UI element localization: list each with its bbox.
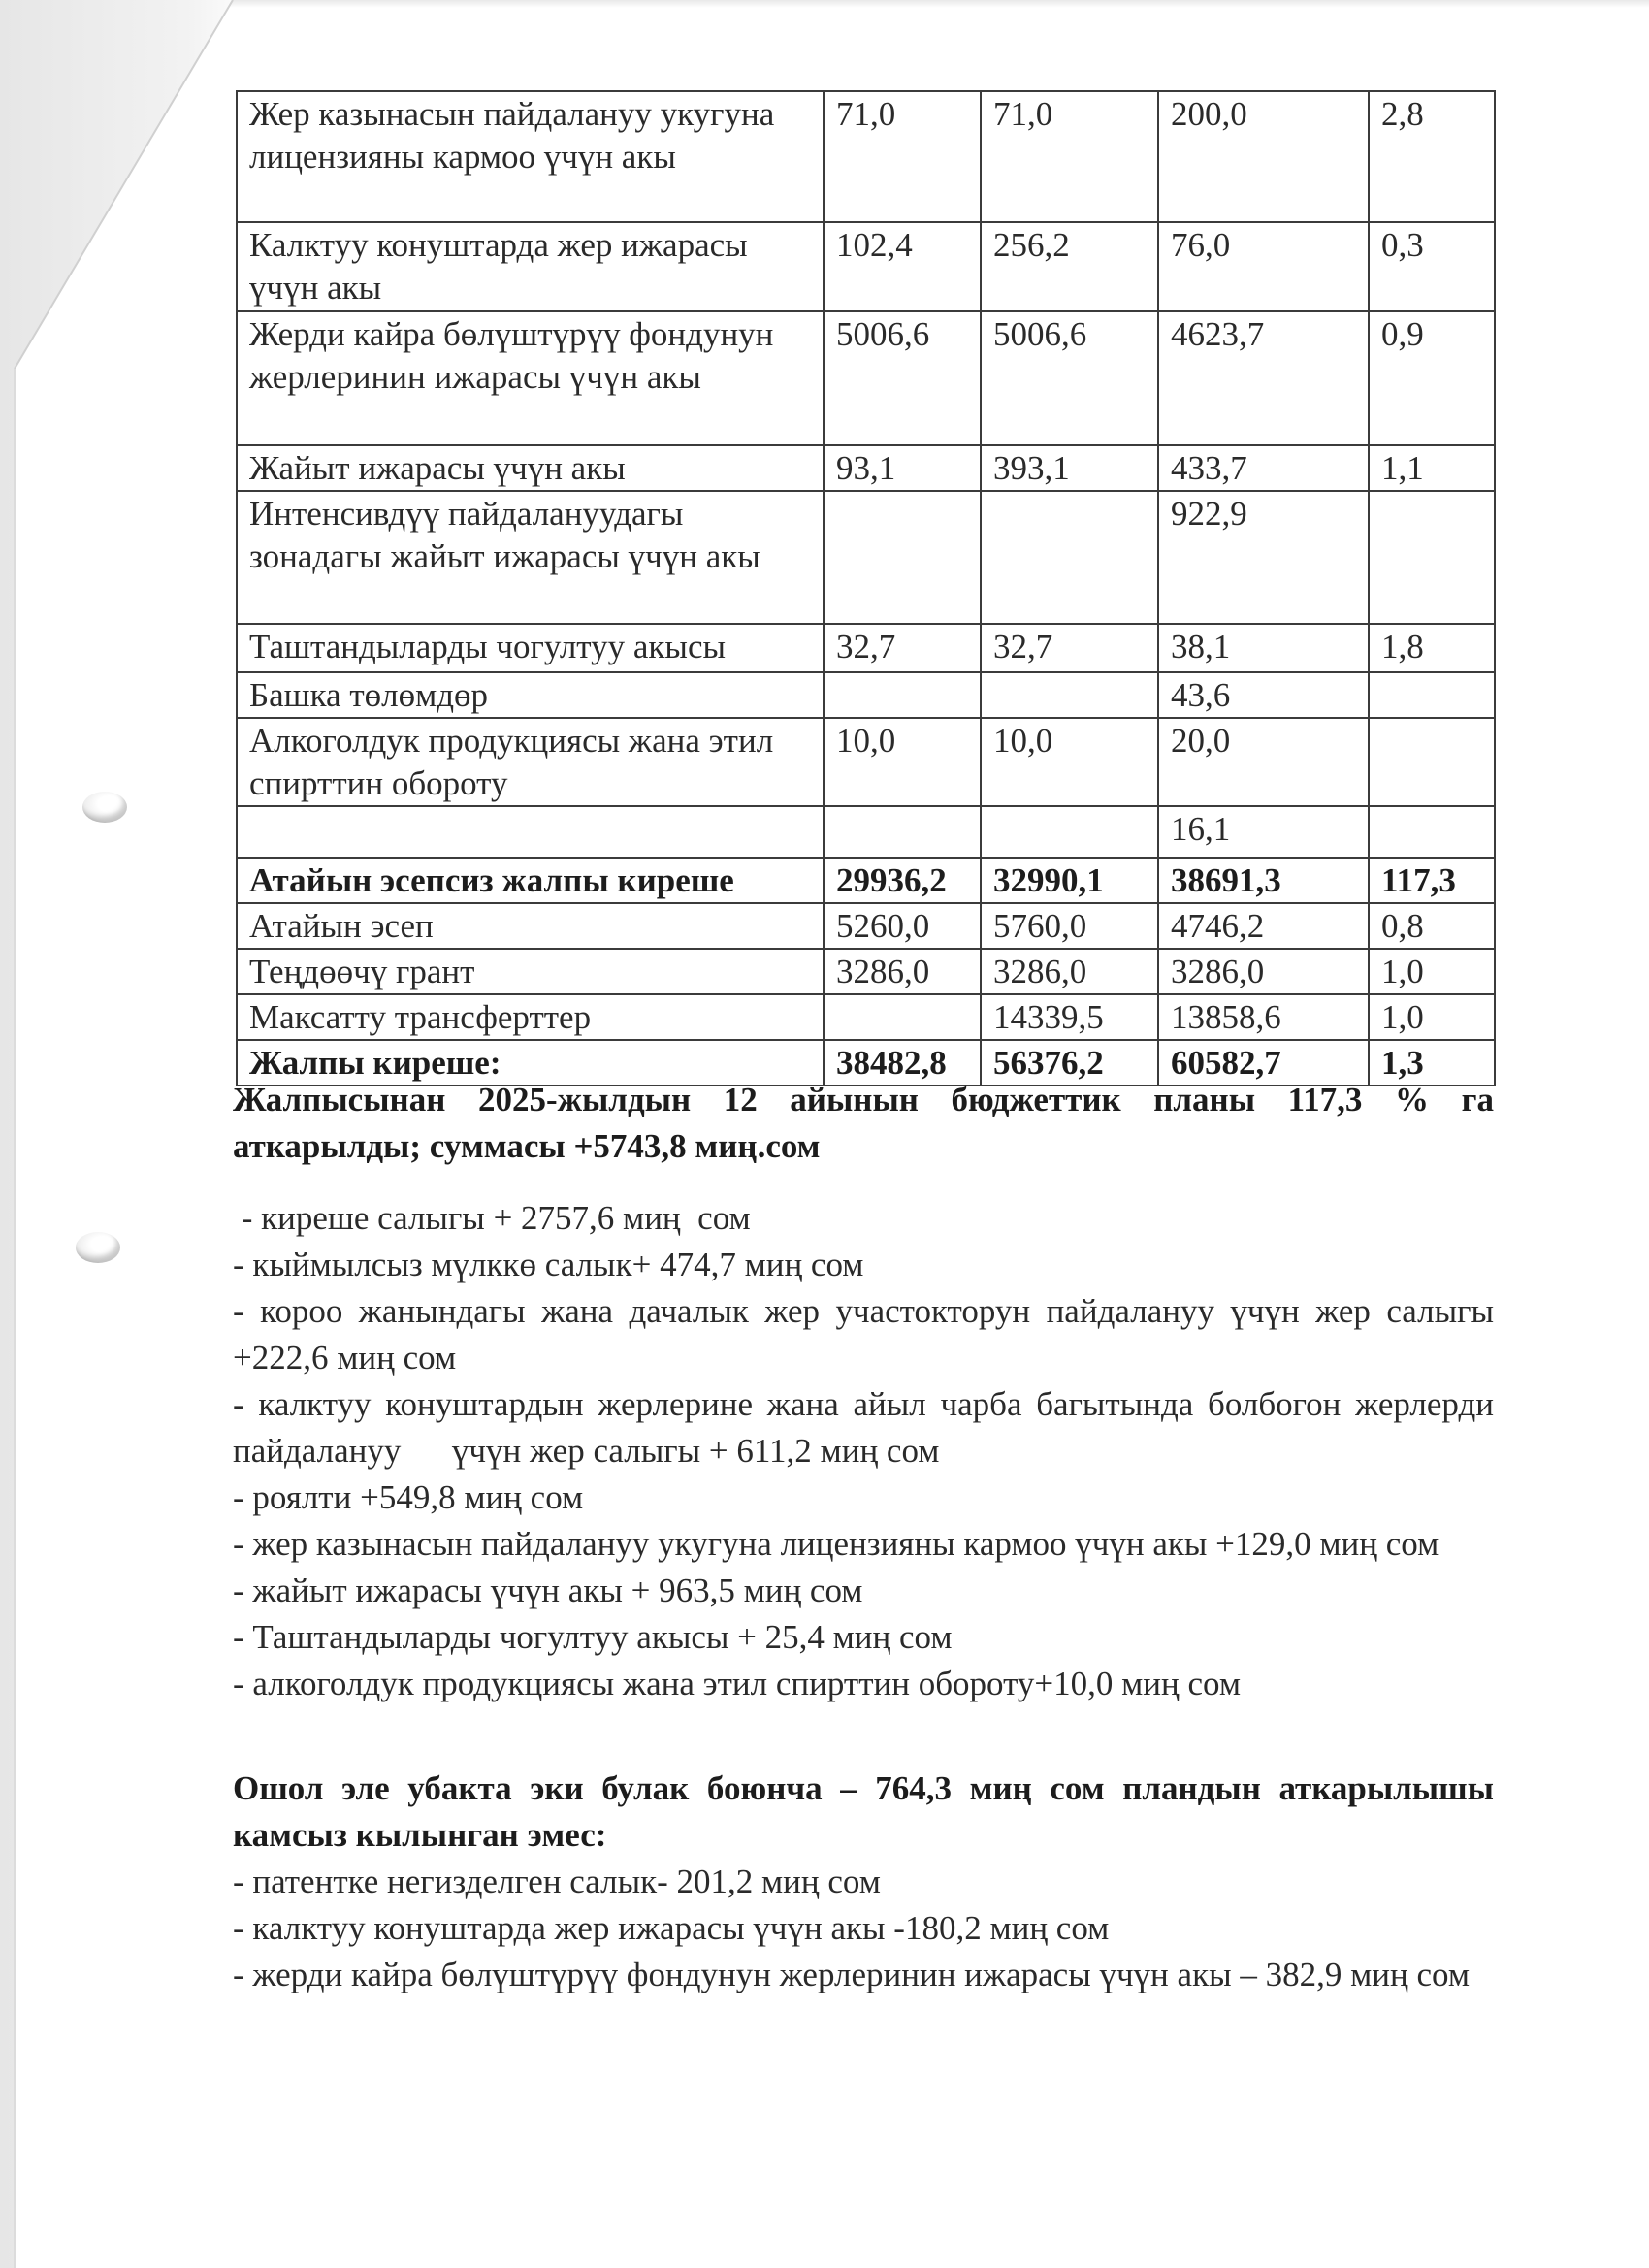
value-cell-col3: 3286,0 [1158, 949, 1369, 994]
value-cell-col1: 3286,0 [824, 949, 981, 994]
table-row: Калктуу конуштарда жер ижарасы үчүн акы1… [237, 222, 1495, 311]
value-cell-col4: 1,8 [1369, 624, 1495, 672]
list-item: - алкоголдук продукциясы жана этил спирт… [233, 1661, 1494, 1707]
value-cell-col2: 10,0 [981, 718, 1158, 806]
row-label-cell: Жайыт ижарасы үчүн акы [237, 445, 824, 491]
value-cell-col4: 117,3 [1369, 858, 1495, 903]
row-label-cell: Максатту трансферттер [237, 994, 824, 1040]
list-item: - киреше салыгы + 2757,6 миң сом [233, 1195, 1494, 1242]
value-cell-col4 [1369, 806, 1495, 858]
table-row: Жайыт ижарасы үчүн акы93,1393,1433,71,1 [237, 445, 1495, 491]
value-cell-col2: 393,1 [981, 445, 1158, 491]
table-row: Теңдөөчү грант3286,03286,03286,01,0 [237, 949, 1495, 994]
value-cell-col4: 0,3 [1369, 222, 1495, 311]
value-cell-col4 [1369, 491, 1495, 624]
table-row: Атайын эсепсиз жалпы киреше29936,232990,… [237, 858, 1495, 903]
value-cell-col1: 10,0 [824, 718, 981, 806]
shortfall-section: Ошол эле убакта эки булак боюнча – 764,3… [233, 1766, 1494, 1998]
value-cell-col4: 2,8 [1369, 91, 1495, 222]
list-item: - жерди кайра бөлүштүрүү фондунун жерлер… [233, 1952, 1494, 1998]
row-label-cell: Калктуу конуштарда жер ижарасы үчүн акы [237, 222, 824, 311]
list-item: - калктуу конуштардын жерлерине жана айы… [233, 1381, 1494, 1474]
list-item: - Таштандыларды чогултуу акысы + 25,4 ми… [233, 1614, 1494, 1661]
value-cell-col2: 32,7 [981, 624, 1158, 672]
value-cell-col3: 922,9 [1158, 491, 1369, 624]
value-cell-col3: 16,1 [1158, 806, 1369, 858]
overfulfilled-list: - киреше салыгы + 2757,6 миң сом- кыймыл… [233, 1195, 1494, 1707]
shortfall-list: - патентке негизделген салык- 201,2 миң … [233, 1859, 1494, 1998]
value-cell-col4: 1,0 [1369, 994, 1495, 1040]
value-cell-col1: 102,4 [824, 222, 981, 311]
value-cell-col3: 38,1 [1158, 624, 1369, 672]
value-cell-col3: 433,7 [1158, 445, 1369, 491]
list-item: - патентке негизделген салык- 201,2 миң … [233, 1859, 1494, 1905]
row-label-cell: Алкоголдук продукциясы жана этил спиртти… [237, 718, 824, 806]
row-label-cell: Башка төлөмдөр [237, 672, 824, 718]
row-label-cell: Жер казынасын пайдалануу укугуна лицензи… [237, 91, 824, 222]
list-item: - калктуу конуштарда жер ижарасы үчүн ак… [233, 1905, 1494, 1952]
value-cell-col2: 3286,0 [981, 949, 1158, 994]
table-row: Жерди кайра бөлүштүрүү фондунун жерлерин… [237, 311, 1495, 445]
value-cell-col2 [981, 491, 1158, 624]
table-row: Таштандыларды чогултуу акысы32,732,738,1… [237, 624, 1495, 672]
value-cell-col3: 4746,2 [1158, 903, 1369, 949]
value-cell-col4: 0,8 [1369, 903, 1495, 949]
punch-hole [76, 1232, 120, 1263]
row-label-cell: Атайын эсепсиз жалпы киреше [237, 858, 824, 903]
value-cell-col2: 71,0 [981, 91, 1158, 222]
scan-top-shadow [0, 0, 1649, 8]
table-row: Башка төлөмдөр43,6 [237, 672, 1495, 718]
row-label-cell: Интенсивдүү пайдалануудагы зонадагы жайы… [237, 491, 824, 624]
row-label-cell: Жерди кайра бөлүштүрүү фондунун жерлерин… [237, 311, 824, 445]
value-cell-col1: 5006,6 [824, 311, 981, 445]
folded-page-corner [0, 0, 252, 2268]
value-cell-col2: 5006,6 [981, 311, 1158, 445]
value-cell-col3: 38691,3 [1158, 858, 1369, 903]
value-cell-col3: 43,6 [1158, 672, 1369, 718]
value-cell-col4: 1,1 [1369, 445, 1495, 491]
value-cell-col4 [1369, 718, 1495, 806]
value-cell-col2: 14339,5 [981, 994, 1158, 1040]
list-item: - кыймылсыз мүлккө салык+ 474,7 миң сом [233, 1242, 1494, 1288]
value-cell-col3: 13858,6 [1158, 994, 1369, 1040]
table-body: Жер казынасын пайдалануу укугуна лицензи… [237, 91, 1495, 1085]
value-cell-col1: 32,7 [824, 624, 981, 672]
table-row: 16,1 [237, 806, 1495, 858]
value-cell-col1 [824, 994, 981, 1040]
list-item: - жайыт ижарасы үчүн акы + 963,5 миң сом [233, 1568, 1494, 1614]
value-cell-col1: 93,1 [824, 445, 981, 491]
punch-hole [82, 792, 127, 823]
value-cell-col1: 71,0 [824, 91, 981, 222]
table-row: Атайын эсеп5260,05760,04746,20,8 [237, 903, 1495, 949]
value-cell-col2: 32990,1 [981, 858, 1158, 903]
summary-block: Жалпысынан 2025-жылдын 12 айынын бюджетт… [233, 1077, 1494, 1170]
row-label-cell [237, 806, 824, 858]
table-row: Жер казынасын пайдалануу укугуна лицензи… [237, 91, 1495, 222]
value-cell-col1 [824, 672, 981, 718]
value-cell-col1: 29936,2 [824, 858, 981, 903]
shortfall-heading: Ошол эле убакта эки булак боюнча – 764,3… [233, 1766, 1494, 1859]
summary-paragraph: Жалпысынан 2025-жылдын 12 айынын бюджетт… [233, 1077, 1494, 1170]
budget-revenue-table: Жер казынасын пайдалануу укугуна лицензи… [236, 90, 1496, 1086]
value-cell-col1 [824, 491, 981, 624]
value-cell-col4: 0,9 [1369, 311, 1495, 445]
value-cell-col2: 5760,0 [981, 903, 1158, 949]
list-item: - роялти +549,8 миң сом [233, 1474, 1494, 1521]
value-cell-col3: 200,0 [1158, 91, 1369, 222]
value-cell-col3: 76,0 [1158, 222, 1369, 311]
value-cell-col2: 256,2 [981, 222, 1158, 311]
table-row: Алкоголдук продукциясы жана этил спиртти… [237, 718, 1495, 806]
value-cell-col1 [824, 806, 981, 858]
table-row: Интенсивдүү пайдалануудагы зонадагы жайы… [237, 491, 1495, 624]
value-cell-col4: 1,0 [1369, 949, 1495, 994]
value-cell-col4 [1369, 672, 1495, 718]
value-cell-col3: 20,0 [1158, 718, 1369, 806]
value-cell-col2 [981, 672, 1158, 718]
list-item: - жер казынасын пайдалануу укугуна лицен… [233, 1521, 1494, 1568]
row-label-cell: Атайын эсеп [237, 903, 824, 949]
table-row: Максатту трансферттер14339,513858,61,0 [237, 994, 1495, 1040]
value-cell-col2 [981, 806, 1158, 858]
row-label-cell: Теңдөөчү грант [237, 949, 824, 994]
value-cell-col1: 5260,0 [824, 903, 981, 949]
row-label-cell: Таштандыларды чогултуу акысы [237, 624, 824, 672]
list-item: - короо жанындагы жана дачалык жер участ… [233, 1288, 1494, 1381]
value-cell-col3: 4623,7 [1158, 311, 1369, 445]
